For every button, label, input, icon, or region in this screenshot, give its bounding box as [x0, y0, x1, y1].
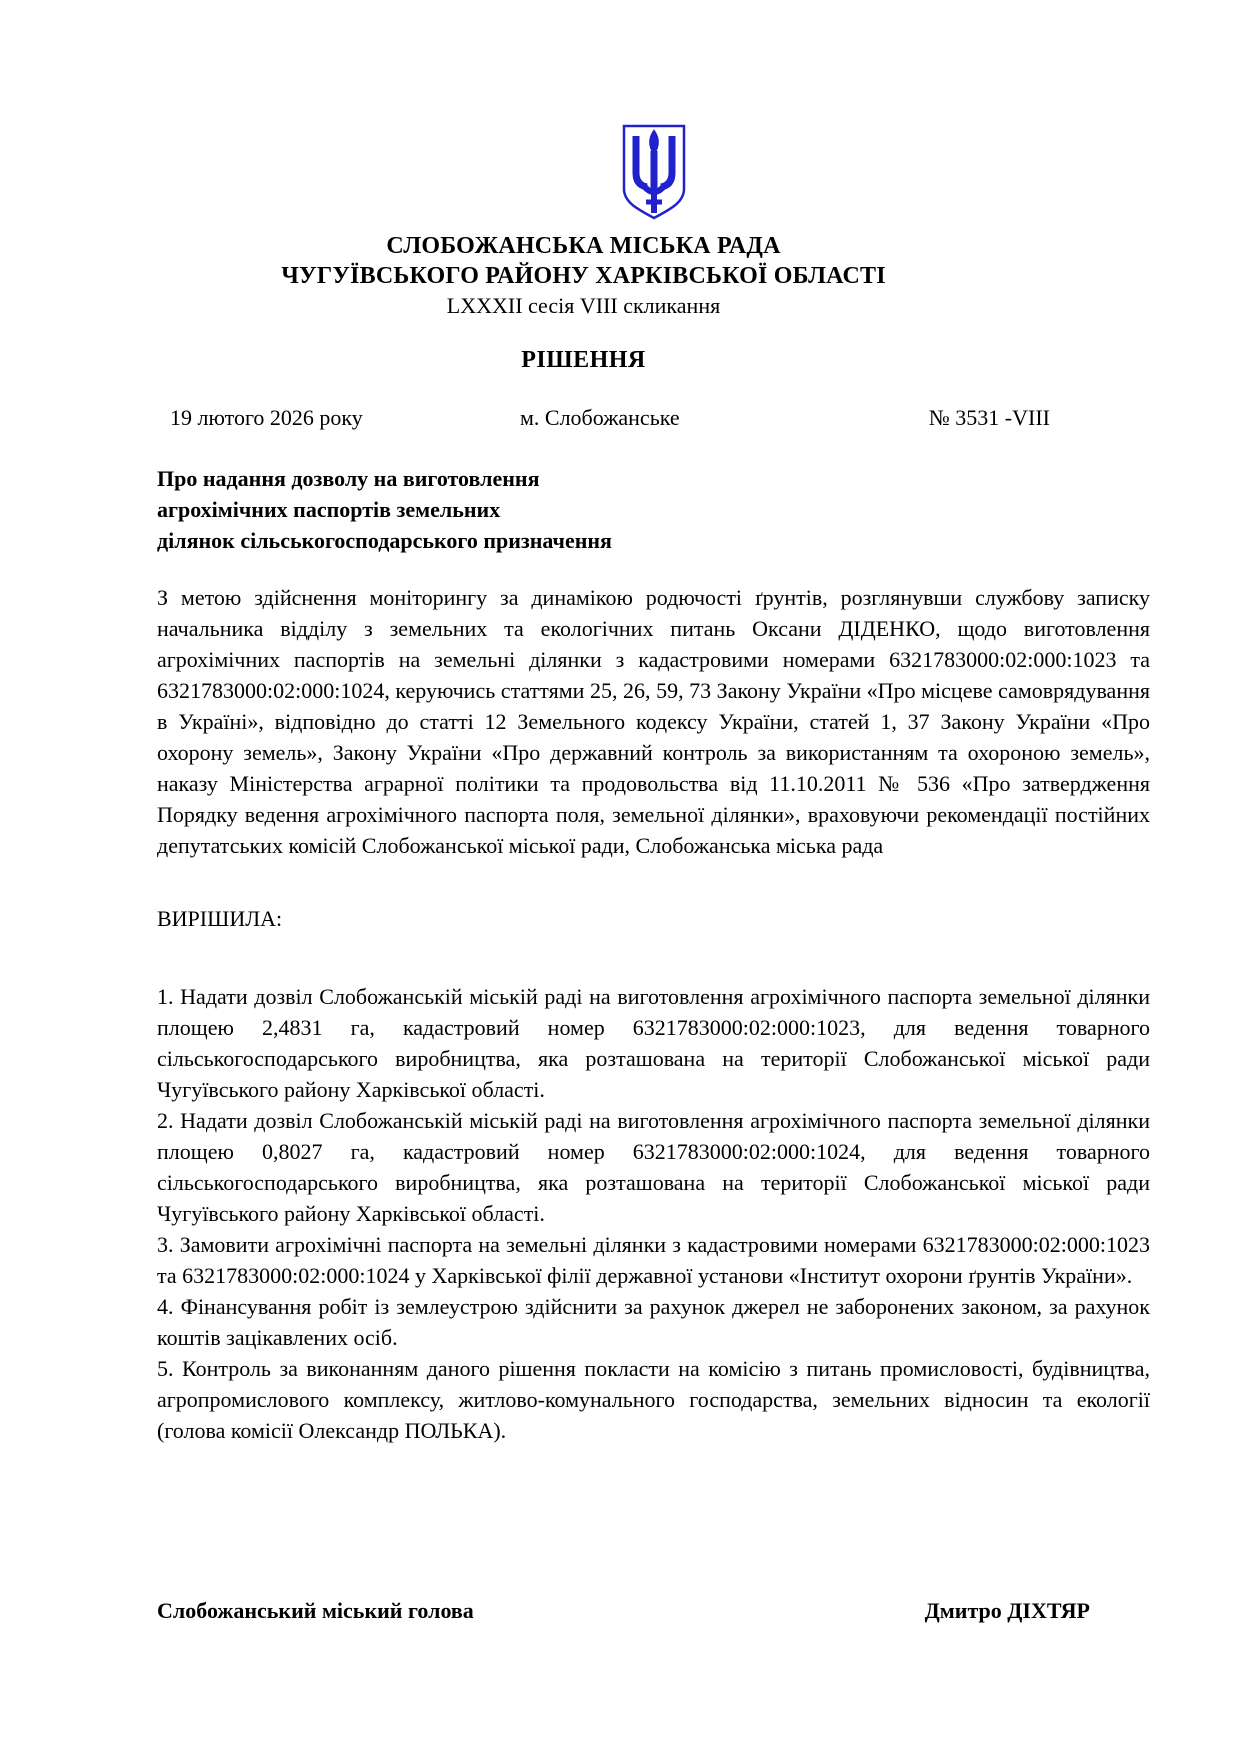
- ukraine-coat-of-arms-icon: [621, 123, 687, 221]
- signer-name: Дмитро ДІХТЯР: [925, 1596, 1090, 1626]
- session-line: LXXXII сесія VIII скликання: [157, 291, 1010, 321]
- resolution-item: 2. Надати дозвіл Слобожанській міській р…: [157, 1105, 1150, 1229]
- resolved-label: ВИРІШИЛА:: [157, 904, 1150, 934]
- preamble-paragraph: З метою здійснення моніторингу за динамі…: [157, 582, 1150, 861]
- subject-line: агрохімічних паспортів земельних: [157, 494, 1150, 525]
- date-row: 19 лютого 2026 року м. Слобожанське № 35…: [157, 403, 1150, 433]
- document-page: СЛОБОЖАНСЬКА МІСЬКА РАДА ЧУГУЇВСЬКОГО РА…: [0, 0, 1240, 1754]
- resolution-item: 4. Фінансування робіт із землеустрою зді…: [157, 1291, 1150, 1353]
- document-content: СЛОБОЖАНСЬКА МІСЬКА РАДА ЧУГУЇВСЬКОГО РА…: [157, 0, 1150, 1446]
- org-name-line1: СЛОБОЖАНСЬКА МІСЬКА РАДА: [157, 231, 1010, 261]
- resolution-item: 1. Надати дозвіл Слобожанській міській р…: [157, 981, 1150, 1105]
- document-type-title: РІШЕННЯ: [157, 345, 1010, 375]
- resolution-item: 3. Замовити агрохімічні паспорта на земе…: [157, 1229, 1150, 1291]
- subject-line: Про надання дозволу на виготовлення: [157, 463, 1150, 494]
- letterhead: СЛОБОЖАНСЬКА МІСЬКА РАДА ЧУГУЇВСЬКОГО РА…: [157, 231, 1010, 321]
- document-number: № 3531 -VIII: [929, 403, 1050, 433]
- resolution-items: 1. Надати дозвіл Слобожанській міській р…: [157, 981, 1150, 1446]
- resolution-item: 5. Контроль за виконанням даного рішення…: [157, 1353, 1150, 1446]
- org-name-line2: ЧУГУЇВСЬКОГО РАЙОНУ ХАРКІВСЬКОЇ ОБЛАСТІ: [157, 261, 1010, 291]
- document-place: м. Слобожанське: [520, 403, 680, 433]
- signer-title: Слобожанський міський голова: [157, 1596, 474, 1626]
- subject-block: Про надання дозволу на виготовлення агро…: [157, 463, 1150, 556]
- document-date: 19 лютого 2026 року: [157, 403, 363, 433]
- signature-row: Слобожанський міський голова Дмитро ДІХТ…: [157, 1596, 1150, 1626]
- subject-line: ділянок сільськогосподарського призначен…: [157, 525, 1150, 556]
